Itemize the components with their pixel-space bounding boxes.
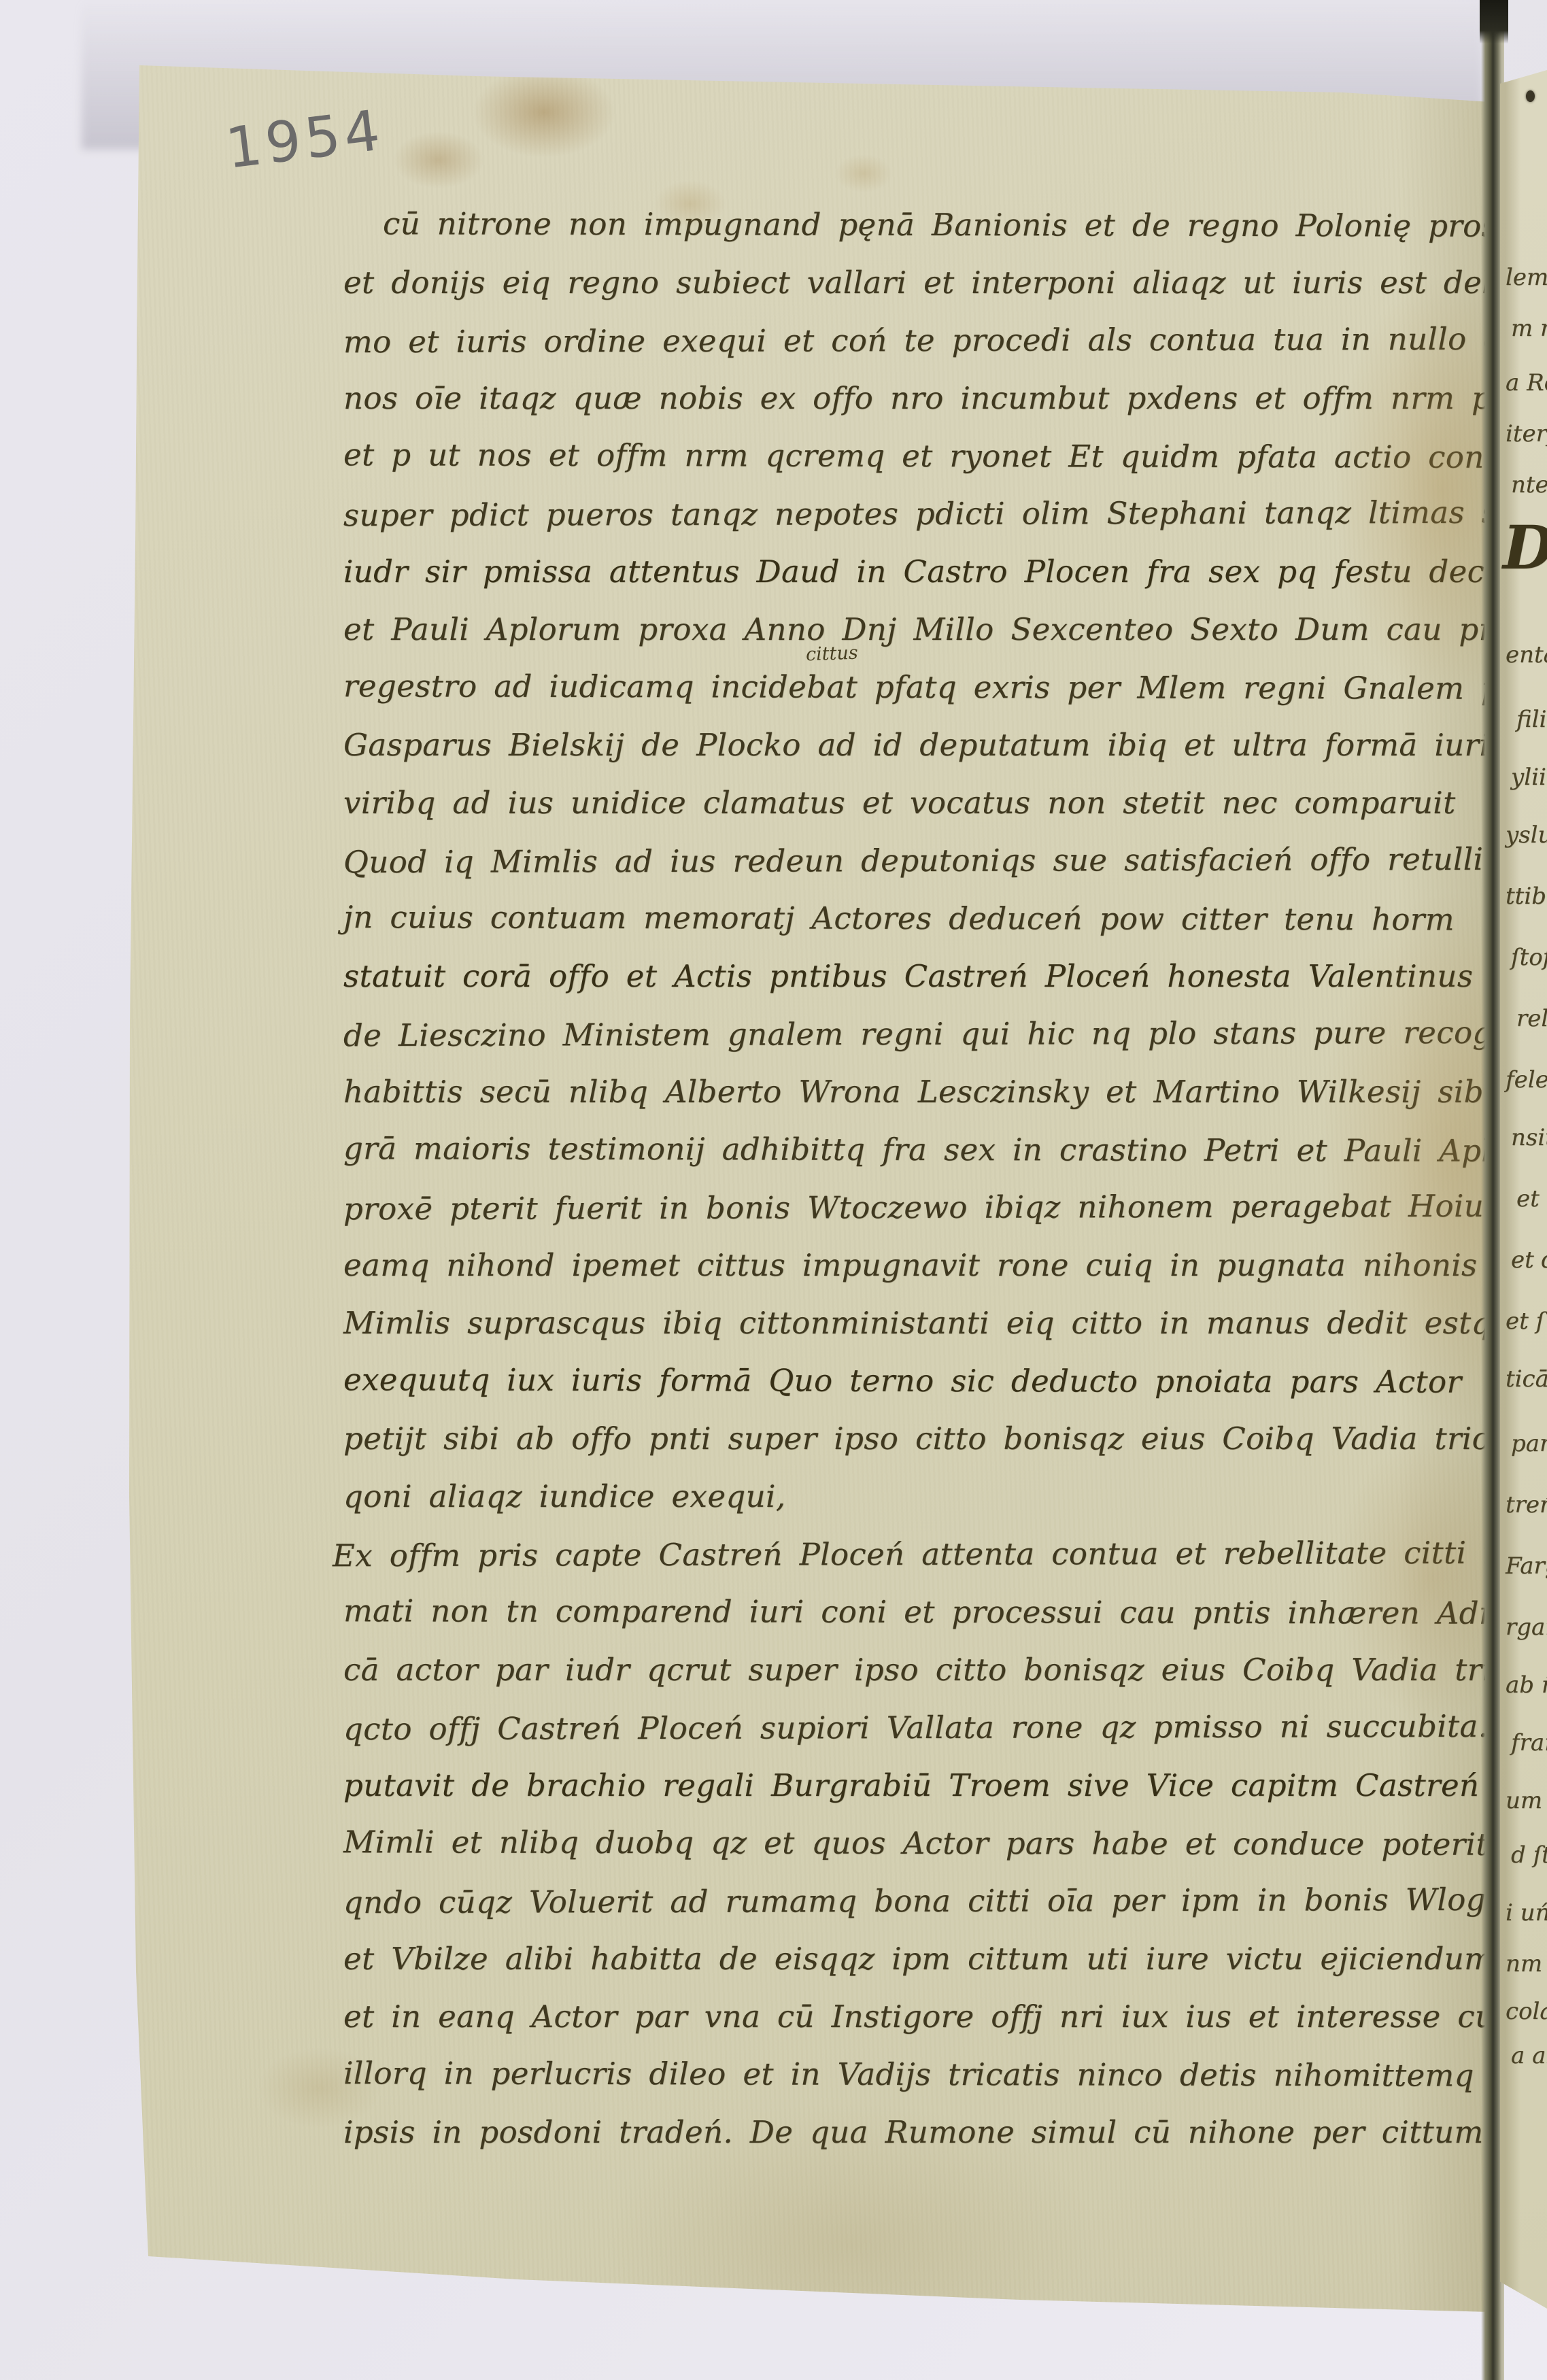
manuscript-line: qndo cūqz Voluerit ad rumamq bona citti … (343, 1871, 1499, 1931)
facing-page-text-fragment: rel (1516, 1005, 1547, 1032)
facing-page-text-fragment: ab ñ (1506, 1671, 1547, 1699)
facing-page-text-fragment: colai (1506, 1998, 1547, 2025)
facing-page-text-fragment: yslu (1506, 821, 1547, 849)
facing-page-text-fragment: a alij (1511, 2042, 1547, 2069)
facing-page-text-fragment: d ſt (1511, 1841, 1547, 1869)
manuscript-line: Ex offm pris capte Castreń Ploceń attent… (333, 1524, 1499, 1584)
facing-page-text-fragment: iterſ (1506, 420, 1547, 447)
facing-page-edge: lem m r a Re iterſ nte· De entab fili yl… (1500, 70, 1547, 2309)
manuscript-line: cū nitrone non impugnand pęnā Banionis e… (343, 194, 1499, 255)
manuscript-line: et Vbilze alibi habitta de eisqqz ipm ci… (343, 1930, 1499, 1988)
manuscript-line: nos oīe itaqz quæ nobis ex offo nro incu… (343, 369, 1499, 427)
manuscript-line: iudr sir pmissa attentus Daud in Castro … (343, 543, 1499, 600)
facing-page-text-fragment: lem (1506, 264, 1547, 291)
facing-page-text-fragment: m r (1511, 315, 1547, 342)
manuscript-line: mo et iuris ordine exequi et coń te proc… (343, 310, 1499, 371)
facing-page-text-fragment: fele (1506, 1066, 1547, 1093)
manuscript-line: ipsis in posdoni tradeń. De qua Rumone s… (343, 2103, 1499, 2161)
manuscript-line: eamq nihond ipemet cittus impugnavit ron… (343, 1236, 1499, 1294)
facing-page-text-fragment: treń (1506, 1491, 1547, 1518)
manuscript-line: et in eanq Actor par vna cū Instigore of… (343, 1988, 1499, 2045)
manuscript-line: cā actor par iudr qcrut super ipso citto… (343, 1641, 1499, 1699)
facing-page-text-fragment: et d (1511, 1246, 1547, 1274)
manuscript-line: grā maioris testimonij adhibittq fra sex… (343, 1119, 1499, 1180)
manuscript-line: exequutq iux iuris formā Quo terno sic d… (343, 1350, 1499, 1411)
manuscript-line: petijt sibi ab offo pnti super ipso citt… (343, 1410, 1499, 1467)
facing-page-text-fragment: ticān (1506, 1365, 1547, 1393)
facing-page-text-fragment: fran (1511, 1729, 1547, 1756)
facing-page-text-fragment: ttibu (1506, 883, 1547, 910)
facing-page-text-fragment: fili (1516, 706, 1546, 733)
manuscript-left-page: 1954 cū nitrone non impugnand pęnā Banio… (0, 0, 1547, 2380)
interlinear-insertion: cittus (805, 643, 858, 666)
manuscript-line: Gasparus Bielskij de Plocko ad id deputa… (343, 716, 1499, 774)
manuscript-line: qcto offj Castreń Ploceń supiori Vallata… (343, 1697, 1499, 1758)
manuscript-line: habittis secū nlibq Alberto Wrona Lesczi… (343, 1063, 1499, 1121)
book-gutter-top-gap (1480, 0, 1508, 44)
facing-page-text-fragment: i uń (1506, 1899, 1547, 1926)
manuscript-line: mati non tn comparend iuri coni et proce… (343, 1582, 1499, 1642)
facing-page-text-fragment: a Re (1506, 369, 1547, 396)
facing-page-text-fragment: um et (1506, 1787, 1547, 1814)
manuscript-line: Mimlis suprascqus ibiq cittonministanti … (343, 1294, 1499, 1352)
manuscript-line: Mimli et nlibq duobq qz et quos Actor pa… (343, 1813, 1499, 1873)
manuscript-line: illorq in perlucris dileo et in Vadijs t… (343, 2044, 1499, 2105)
manuscript-line: viribq ad ius unidice clamatus et vocatu… (343, 774, 1499, 832)
manuscript-line: statuit corā offo et Actis pntibus Castr… (343, 947, 1499, 1005)
manuscript-text-block: cū nitrone non impugnand pęnā Banionis e… (343, 196, 1499, 2161)
manuscript-line: et donijs eiq regno subiect vallari et i… (343, 254, 1499, 311)
manuscript-line: et p ut nos et offm nrm qcremq et ryonet… (343, 426, 1499, 486)
facing-page-text-fragment: ylii (1511, 764, 1546, 791)
facing-page-text-fragment: nm ct (1506, 1950, 1547, 1977)
facing-page-initial-De: De (1503, 512, 1547, 583)
manuscript-line: et Pauli Aplorum proxa Anno Dnj Millo Se… (343, 600, 1499, 658)
manuscript-line: proxē pterit fuerit in bonis Wtoczewo ib… (343, 1177, 1499, 1238)
page-number: 1954 (222, 98, 388, 182)
facing-page-text-fragment: Fargſ (1506, 1552, 1547, 1580)
archival-scan: 1954 cū nitrone non impugnand pęnā Banio… (0, 0, 1547, 2380)
manuscript-line: qoni aliaqz iundice exequi, (343, 1467, 1499, 1525)
manuscript-line: jn cuius contuam memoratj Actores deduce… (343, 888, 1499, 949)
manuscript-line: putavit de brachio regali Burgrabiū Troe… (343, 1756, 1499, 1814)
manuscript-line: regestro ad iudicamq incidebat pfatq exr… (343, 657, 1499, 717)
wormhole-dot (1526, 90, 1535, 102)
manuscript-line: Quod iq Mimlis ad ius redeun deputoniqs … (343, 830, 1499, 891)
facing-page-text-fragment: entab (1506, 641, 1547, 668)
facing-page-text-fragment: par (1511, 1430, 1547, 1457)
facing-page-text-fragment: nte· (1511, 471, 1547, 498)
facing-page-text-fragment: rgarii (1506, 1614, 1547, 1641)
facing-page-text-fragment: ſtoſſ (1511, 944, 1547, 971)
facing-page-text-fragment: nsit (1511, 1124, 1547, 1151)
facing-page-text-fragment: et ſ (1506, 1308, 1544, 1335)
facing-page-text-fragment: et (1516, 1185, 1540, 1212)
manuscript-line: de Liesczino Ministem gnalem regni qui h… (343, 1004, 1499, 1064)
manuscript-line: super pdict pueros tanqz nepotes pdicti … (343, 483, 1499, 544)
